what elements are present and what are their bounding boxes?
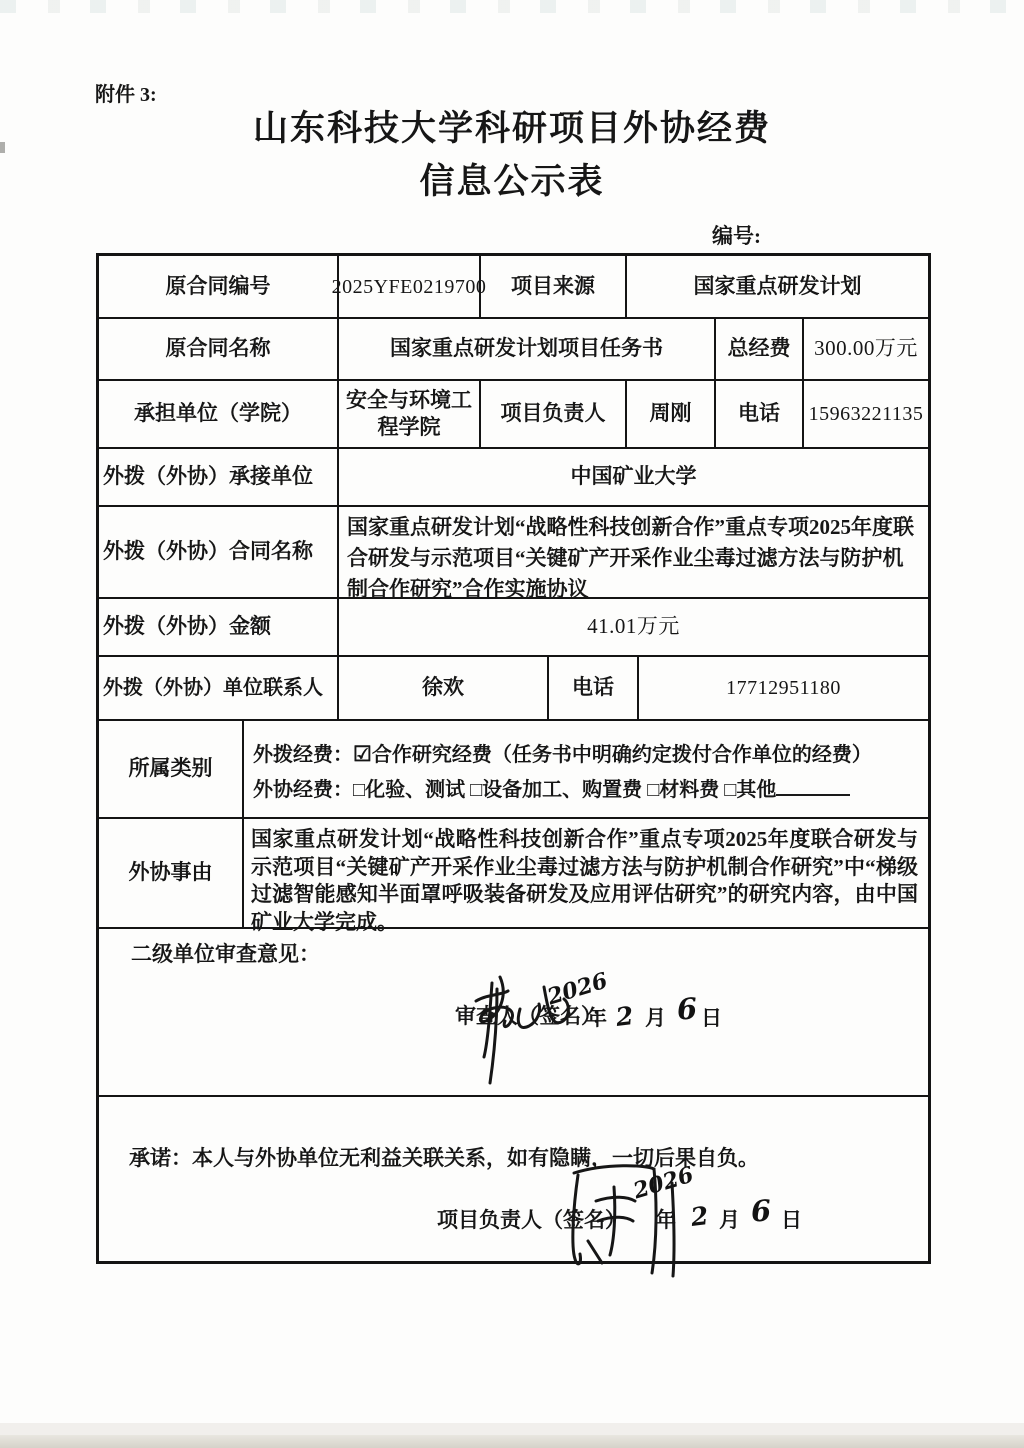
waibo-prefix: 外拨经费： — [253, 744, 353, 766]
row-external-unit: 外拨（外协）承接单位 中国矿业大学 — [99, 449, 928, 507]
reviewer-month-unit: 月 — [645, 1005, 666, 1032]
reviewer-month-handwritten: 2 — [614, 1000, 635, 1034]
form-table: 原合同编号 2025YFE0219700 项目来源 国家重点研发计划 原合同名称… — [96, 253, 931, 1264]
scanned-form-page: 附件 3: 山东科技大学科研项目外协经费 信息公示表 编号: 原合同编号 202… — [0, 0, 1024, 1448]
other-blank-line — [776, 778, 850, 796]
project-source-label: 项目来源 — [479, 256, 625, 317]
contact-phone-label: 电话 — [547, 657, 637, 719]
orig-contract-name-label: 原合同名称 — [99, 319, 337, 379]
reviewer-signature — [464, 961, 584, 1089]
checkbox-cooperation-research-checked: ☑ — [353, 742, 372, 766]
reviewer-day-unit: 日 — [701, 1005, 722, 1032]
row-promise: 承诺：本人与外协单位无利益关联关系，如有隐瞒，一切后果自负。 项目负责人（签名）… — [99, 1097, 928, 1261]
row-reason: 外协事由 国家重点研发计划“战略性科技创新合作”重点专项2025年度联合研发与示… — [99, 819, 928, 929]
external-amount-label: 外拨（外协）金额 — [99, 599, 337, 655]
row-review-opinion: 二级单位审查意见： 审查人（签名）： 2026 年 2 月 6 日 — [99, 929, 928, 1097]
leader-phone-label: 电话 — [714, 381, 802, 447]
undertaking-unit-value: 安全与环境工程学院 — [337, 381, 479, 447]
external-amount-value: 41.01万元 — [337, 599, 928, 655]
page-title-line1: 山东科技大学科研项目外协经费 — [0, 103, 1024, 156]
leader-phone-value: 15963221135 — [802, 381, 928, 447]
row-undertaking-unit: 承担单位（学院） 安全与环境工程学院 项目负责人 周刚 电话 159632211… — [99, 381, 928, 449]
checkbox-lab-test: □化验、测试 — [353, 779, 465, 801]
external-unit-label: 外拨（外协）承接单位 — [99, 449, 337, 505]
orig-contract-no-label: 原合同编号 — [99, 256, 337, 317]
external-contact-label: 外拨（外协）单位联系人 — [99, 657, 337, 719]
total-budget-value: 300.00万元 — [802, 319, 928, 379]
row-external-contact: 外拨（外协）单位联系人 徐欢 电话 17712951180 — [99, 657, 928, 721]
waibo-text: 合作研究经费（任务书中明确约定拨付合作单位的经费） — [372, 744, 872, 766]
row-category: 所属类别 外拨经费：☑合作研究经费（任务书中明确约定拨付合作单位的经费） 外协经… — [99, 721, 928, 819]
leader-day-handwritten: 6 — [750, 1192, 773, 1231]
page-title-line2: 信息公示表 — [0, 156, 1024, 209]
project-leader-value: 周刚 — [625, 381, 714, 447]
scan-artifact-bottom — [0, 1435, 1024, 1448]
row-external-contract-name: 外拨（外协）合同名称 国家重点研发计划“战略性科技创新合作”重点专项2025年度… — [99, 507, 928, 599]
review-heading: 二级单位审查意见： — [131, 941, 320, 968]
leader-day-unit: 日 — [781, 1207, 802, 1234]
waixie-prefix: 外协经费： — [253, 779, 353, 801]
page-title: 山东科技大学科研项目外协经费 信息公示表 — [0, 103, 1024, 208]
contact-phone-value: 17712951180 — [637, 657, 928, 719]
checkbox-other: □其他 — [724, 779, 776, 801]
row-original-contract-no: 原合同编号 2025YFE0219700 项目来源 国家重点研发计划 — [99, 256, 928, 319]
total-budget-label: 总经费 — [714, 319, 802, 379]
checkbox-equipment: □设备加工、购置费 — [470, 779, 642, 801]
reason-value: 国家重点研发计划“战略性科技创新合作”重点专项2025年度联合研发与示范项目“关… — [242, 819, 928, 927]
scan-artifact-bottom-soft — [0, 1423, 1024, 1435]
orig-contract-name-value: 国家重点研发计划项目任务书 — [337, 319, 714, 379]
project-source-value: 国家重点研发计划 — [625, 256, 928, 317]
leader-month-unit: 月 — [719, 1207, 740, 1234]
external-contract-value: 国家重点研发计划“战略性科技创新合作”重点专项2025年度联合研发与示范项目“关… — [337, 507, 928, 597]
leader-signature — [554, 1155, 699, 1277]
scan-artifact-top — [0, 0, 1024, 13]
category-label: 所属类别 — [99, 721, 242, 817]
undertaking-unit-label: 承担单位（学院） — [99, 381, 337, 447]
number-label: 编号: — [712, 220, 761, 250]
external-contract-label: 外拨（外协）合同名称 — [99, 507, 337, 597]
project-leader-label: 项目负责人 — [479, 381, 625, 447]
reason-label: 外协事由 — [99, 819, 242, 927]
external-contact-value: 徐欢 — [337, 657, 547, 719]
reviewer-year-unit: 年 — [586, 1005, 607, 1032]
external-unit-value: 中国矿业大学 — [337, 449, 928, 505]
row-external-amount: 外拨（外协）金额 41.01万元 — [99, 599, 928, 657]
row-original-contract-name: 原合同名称 国家重点研发计划项目任务书 总经费 300.00万元 — [99, 319, 928, 381]
category-line-waibo: 外拨经费：☑合作研究经费（任务书中明确约定拨付合作单位的经费） — [253, 741, 872, 768]
orig-contract-no-value: 2025YFE0219700 — [337, 256, 479, 317]
checkbox-materials: □材料费 — [647, 779, 719, 801]
reviewer-day-handwritten: 6 — [676, 990, 699, 1029]
category-line-waixie: 外协经费：□化验、测试 □设备加工、购置费 □材料费 □其他 — [253, 777, 850, 803]
